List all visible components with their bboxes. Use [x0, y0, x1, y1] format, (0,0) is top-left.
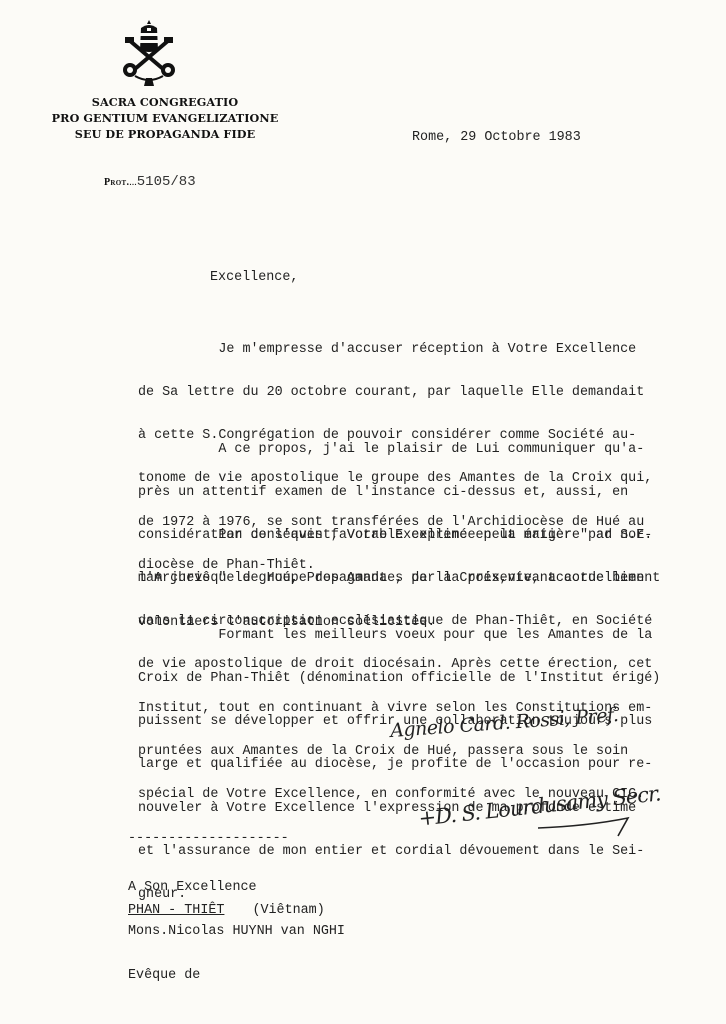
letterhead-line-2: PRO GENTIUM EVANGELIZATIONE — [30, 110, 300, 126]
letter-page: SACRA CONGREGATIO PRO GENTIUM EVANGELIZA… — [0, 0, 726, 1024]
text-line: de Sa lettre du 20 octobre courant, par … — [138, 386, 652, 400]
dateline: Rome, 29 Octobre 1983 — [412, 130, 581, 145]
letterhead: SACRA CONGREGATIO PRO GENTIUM EVANGELIZA… — [30, 94, 300, 142]
text-line: A ce propos, j'ai le plaisir de Lui comm… — [138, 443, 652, 457]
separator-line: -------------------- — [128, 831, 289, 846]
text-line: large et qualifiée au diocèse, je profit… — [138, 758, 660, 772]
letterhead-line-1: SACRA CONGREGATIO — [30, 94, 300, 110]
text-line: mam juris " le groupe des Amantes de la … — [138, 572, 660, 586]
addressee-line-2: Mons.Nicolas HUYNH van NGHI — [128, 925, 345, 940]
addressee-line-1: A Son Excellence — [128, 881, 345, 896]
text-line: Formant les meilleurs voeux pour que les… — [138, 629, 660, 643]
salutation: Excellence, — [210, 270, 298, 285]
protocol-dots: ... — [129, 177, 137, 188]
protocol-label: Prot. — [104, 177, 129, 188]
signature-flourish-icon — [418, 790, 698, 840]
signature-secretary: +D. S. Lourdusamy Secr. — [418, 790, 698, 840]
addressee-line-3: Evêque de — [128, 969, 345, 984]
addressee-city: PHAN - THIÊT — [128, 903, 224, 918]
letterhead-line-3: SEU DE PROPAGANDA FIDE — [30, 126, 300, 142]
addressee-country: (Viêtnam) — [252, 903, 324, 918]
text-line: Croix de Phan-Thiêt (dénomination offici… — [138, 672, 660, 686]
text-line: Je m'empresse d'accuser réception à Votr… — [138, 343, 652, 357]
papal-emblem-icon — [121, 18, 177, 88]
protocol-value: 5105/83 — [137, 174, 196, 190]
text-line: près un attentif examen de l'instance ci… — [138, 486, 652, 500]
protocol-number: Prot....5105/83 — [104, 174, 196, 190]
addressee-block: A Son Excellence Mons.Nicolas HUYNH van … — [128, 852, 345, 1013]
addressee-location: PHAN - THIÊT(Viêtnam) — [128, 903, 325, 918]
text-line: Par conséquent, Votre Excellence peut ér… — [138, 529, 660, 543]
